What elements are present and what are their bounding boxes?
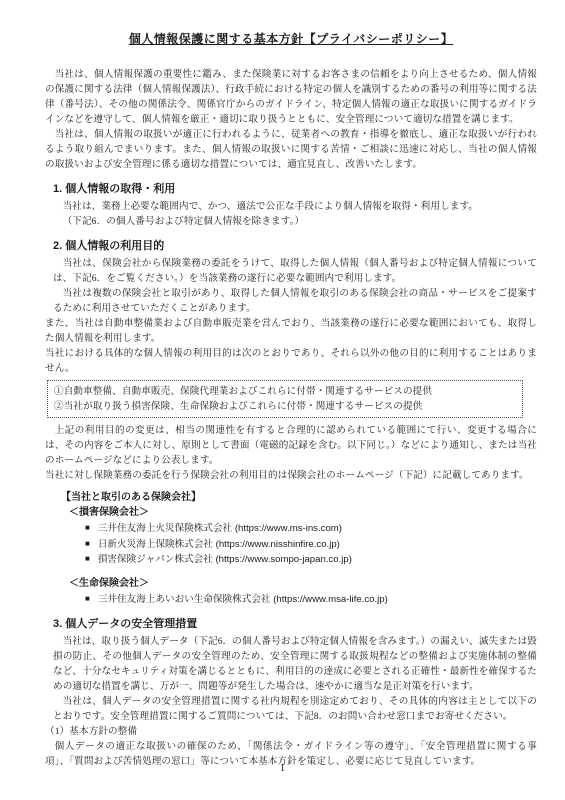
partner-insurers-block: 【当社と取引のある保険会社】 ＜損害保険会社＞ ■ 三井住友海上火災保険株式会社… <box>61 490 537 607</box>
section1-paragraph-2: （下記6．の個人番号および特定個人情報を除きます。） <box>53 214 537 229</box>
intro-paragraph-1: 当社は、個人情報保護の重要性に鑑み、また保険業に対するお客さまの信頼をより向上さ… <box>45 67 537 127</box>
purpose-item-1: ①自動車整備、自動車販売、保険代理業およびこれらに付帯・関連するサービスの提供 <box>54 384 516 399</box>
list-item: ■ 三井住友海上あいおい生命保険株式会社 (https://www.msa-li… <box>85 592 537 608</box>
section-purpose-of-use: 2. 個人情報の利用目的 当社は、保険会社から保険業務の委託をうけて、取得した個… <box>45 239 537 483</box>
nonlife-insurers-heading: ＜損害保険会社＞ <box>69 506 537 520</box>
life-insurers-heading: ＜生命保険会社＞ <box>69 577 537 591</box>
section2-paragraph-2: 当社は複数の保険会社と取引があり、取得した個人情報を取引のある保険会社の商品・サ… <box>53 286 537 316</box>
section2-paragraph-6: 当社に対し保険業務の委託を行う保険会社の利用目的は保険会社のホームページ（下記）… <box>45 468 537 483</box>
partner-insurers-title: 【当社と取引のある保険会社】 <box>61 490 537 505</box>
section3-paragraph-2: 当社は、個人データの安全管理措置に関する社内規程を別途定めており、その具体的内容… <box>53 694 537 724</box>
square-bullet-icon: ■ <box>85 536 90 552</box>
section2-heading: 2. 個人情報の利用目的 <box>53 239 537 254</box>
list-item: ■ 損害保険ジャパン株式会社 (https://www.sompo-japan.… <box>85 552 537 568</box>
section3-sub1-heading: （1）基本方針の整備 <box>45 724 537 739</box>
square-bullet-icon: ■ <box>85 591 90 607</box>
section3-paragraph-1: 当社は、取り扱う個人データ（下記6．の個人番号および特定個人情報を含みます。）の… <box>53 634 537 694</box>
section2-paragraph-4: 当社における具体的な個人情報の利用目的は次のとおりであり、それら以外の他の目的に… <box>45 346 537 376</box>
page-number: 1 <box>0 763 565 774</box>
purpose-item-2: ②当社が取り扱う損害保険、生命保険およびこれらに付帯・関連するサービスの提供 <box>54 399 516 414</box>
section-security-management: 3. 個人データの安全管理措置 当社は、取り扱う個人データ（下記6．の個人番号お… <box>45 617 537 769</box>
section2-paragraph-1: 当社は、保険会社から保険業務の委託をうけて、取得した個人情報（個人番号および特定… <box>53 256 537 286</box>
list-item: ■ 三井住友海上火災保険株式会社 (https://www.ms-ins.com… <box>85 521 537 537</box>
insurer-name: 三井住友海上火災保険株式会社 (https://www.ms-ins.com) <box>98 521 342 537</box>
section3-heading: 3. 個人データの安全管理措置 <box>53 617 537 632</box>
insurer-name: 日新火災海上保険株式会社 (https://www.nisshinfire.co… <box>98 537 340 553</box>
section1-paragraph-1: 当社は、業務上必要な範囲内で、かつ、適法で公正な手段により個人情報を取得・利用し… <box>53 199 537 214</box>
section-acquisition-use: 1. 個人情報の取得・利用 当社は、業務上必要な範囲内で、かつ、適法で公正な手段… <box>45 182 537 229</box>
intro-paragraph-2: 当社は、個人情報の取扱いが適正に行われるように、従業者への教育・指導を徹底し、適… <box>45 127 537 172</box>
purpose-list-box: ①自動車整備、自動車販売、保険代理業およびこれらに付帯・関連するサービスの提供 … <box>47 380 523 418</box>
section2-paragraph-3: また、当社は自動車整備業および自動車販売業を営んでおり、当該業務の遂行に必要な範… <box>45 316 537 346</box>
square-bullet-icon: ■ <box>85 520 90 536</box>
insurer-name: 三井住友海上あいおい生命保険株式会社 (https://www.msa-life… <box>98 592 388 608</box>
page-title: 個人情報保護に関する基本方針【プライバシーポリシー】 <box>45 30 537 47</box>
square-bullet-icon: ■ <box>85 551 90 567</box>
section2-paragraph-5: 上記の利用目的の変更は、相当の関連性を有すると合理的に認められている範囲にて行い… <box>45 423 537 468</box>
insurer-name: 損害保険ジャパン株式会社 (https://www.sompo-japan.co… <box>98 552 352 568</box>
list-item: ■ 日新火災海上保険株式会社 (https://www.nisshinfire.… <box>85 537 537 553</box>
document-page: 個人情報保護に関する基本方針【プライバシーポリシー】 当社は、個人情報保護の重要… <box>0 0 565 800</box>
section1-heading: 1. 個人情報の取得・利用 <box>53 182 537 197</box>
